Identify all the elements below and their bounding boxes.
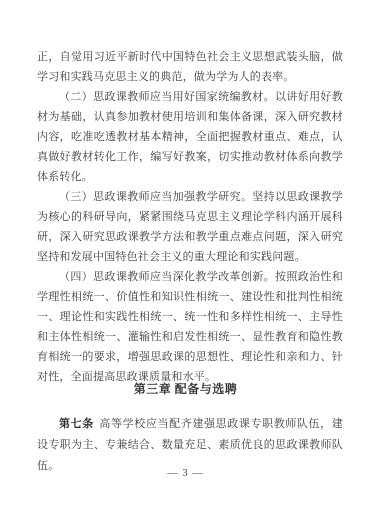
article-number-label: 第七条 <box>59 418 94 430</box>
body-paragraph: （三）思政课教师应当加强教学研究。坚持以思政课教学为核心的科研导向，紧紧围绕马克… <box>37 187 343 267</box>
document-body: 正，自觉用习近平新时代中国特色社会主义思想武装头脑，做学习和实践马克思主义的典范… <box>37 47 343 387</box>
body-paragraph: （二）思政课教师应当用好国家统编教材。以讲好用好教材为基础，认真参加教材使用培训… <box>37 87 343 187</box>
body-paragraph: 正，自觉用习近平新时代中国特色社会主义思想武装头脑，做学习和实践马克思主义的典范… <box>37 47 343 87</box>
page-number: — 3 — <box>0 468 371 479</box>
document-page: 正，自觉用习近平新时代中国特色社会主义思想武装头脑，做学习和实践马克思主义的典范… <box>0 0 371 527</box>
body-paragraph: （四）思政课教师应当深化教学改革创新。按照政治性和学理性相统一、价值性和知识性相… <box>37 267 343 387</box>
chapter-heading: 第三章 配备与选聘 <box>0 379 371 399</box>
